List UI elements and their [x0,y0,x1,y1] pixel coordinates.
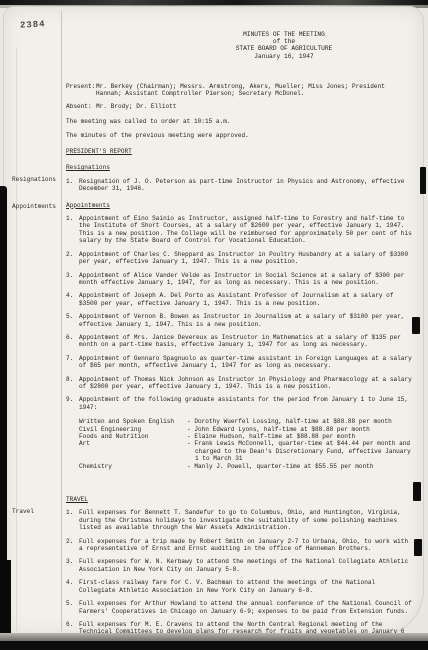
page-number-stamp: 2384 [20,19,46,30]
appointment-item: 7. Appointment of Gennaro Spagnuolo as q… [66,355,414,370]
opening-line-1: The meeting was called to order at 10:15… [66,118,414,125]
item-text: Full expenses for W. N. Kerbawy to atten… [79,558,414,573]
item-text: Full expenses for a trip made by Robert … [79,538,414,553]
document-body: Present: Mr. Berkey (Chairman); Messrs. … [66,83,414,650]
scan-artifact-right-mark [413,482,421,501]
grad-dept: Written and Spoken English [79,418,187,425]
opening-line-2: The minutes of the previous meeting were… [66,132,414,139]
travel-margin-label: Travel [12,508,62,515]
resignation-item: 1. Resignation of J. O. Peterson as part… [66,178,414,193]
item-text: Appointment of Joseph A. Del Porto as As… [79,292,414,307]
document-header: MINUTES OF THE MEETING of the STATE BOAR… [124,31,428,60]
grad-dept: Civil Engineering [79,426,187,433]
item-text: Appointment of Vernon B. Bowen as Instru… [79,313,414,328]
travel-item: 1. Full expenses for Bennett T. Sandefur… [66,509,414,531]
item-text: Appointment of Thomas Nick Johnson as In… [79,376,414,391]
item-number: 2. [66,538,79,553]
item-text: Appointment of Eino Sainio as Instructor… [79,215,414,245]
travel-item: 4. First-class railway fare for C. V. Ba… [66,579,414,594]
scan-artifact-right-mark [412,317,420,334]
item-number: 3. [66,558,79,573]
appointments-section: Appointments Appointments 1. Appointment… [66,202,414,470]
grad-assistant-row: Civil Engineering - John Edward Lyons, h… [79,426,414,433]
grad-dept: Art [79,440,187,462]
travel-heading: TRAVEL [66,496,414,503]
item-number: 6. [66,334,79,349]
scanner-edge-bottom [0,641,428,650]
attendance-present: Present: Mr. Berkey (Chairman); Messrs. … [66,83,414,98]
absent-names: Mr. Brody; Dr. Elliott [96,103,414,110]
item-text: Appointment of the following graduate as… [79,396,414,470]
doc-title-line4: January 16, 1947 [124,53,428,60]
scanned-page: 2384 MINUTES OF THE MEETING of the STATE… [0,0,428,650]
graduate-assistants-table: Written and Spoken English - Dorothy Wue… [79,418,414,470]
item-number: 5. [66,600,79,615]
grad-detail: - Dorothy Wuerfel Lossing, half-time at … [187,418,414,425]
item-number: 7. [66,355,79,370]
grad-detail: - John Edward Lyons, half-time at $88.88… [187,426,414,433]
absent-label: Absent: [66,103,96,110]
scan-artifact-left-bar-lower [0,560,11,641]
grad-detail: - Manly J. Powell, quarter-time at $55.5… [187,463,414,470]
item-text: Appointment of Charles C. Sheppard as In… [79,251,414,266]
appointment-item: 4. Appointment of Joseph A. Del Porto as… [66,292,414,307]
appointments-margin-label: Appointments [12,203,62,210]
grad-assistant-row: Chemistry - Manly J. Powell, quarter-tim… [79,463,414,470]
appointment-item: 1. Appointment of Eino Sainio as Instruc… [66,215,414,245]
doc-title-line1: MINUTES OF THE MEETING [124,31,428,38]
item-text-intro: Appointment of the following graduate as… [79,396,408,410]
grad-dept: Chemistry [79,463,187,470]
grad-assistant-row: Foods and Nutrition - Elaine Hudson, hal… [79,433,414,440]
presidents-report-heading: PRESIDENT'S REPORT [66,148,414,155]
item-number: 1. [66,178,79,193]
present-names: Mr. Berkey (Chairman); Messrs. Armstrong… [96,83,414,98]
item-text: Appointment of Alice Vander Velde as Ins… [79,272,414,287]
item-text: Appointment of Mrs. Janice Devereux as I… [79,334,414,349]
item-number: 3. [66,272,79,287]
grad-detail: - Elaine Hudson, half-time at $88.88 per… [187,433,414,440]
travel-section: TRAVEL Travel 1. Full expenses for Benne… [66,496,414,650]
appointment-item: 8. Appointment of Thomas Nick Johnson as… [66,376,414,391]
item-text: Full expenses for Bennett T. Sandefur to… [79,509,414,531]
attendance-absent: Absent: Mr. Brody; Dr. Elliott [66,103,414,110]
resignations-heading: Resignations [66,164,414,171]
item-number: 4. [66,579,79,594]
item-text: Resignation of J. O. Peterson as part-ti… [79,178,414,193]
item-number: 5. [66,313,79,328]
item-number: 4. [66,292,79,307]
grad-dept: Foods and Nutrition [79,433,187,440]
appointment-item: 3. Appointment of Alice Vander Velde as … [66,272,414,287]
grad-detail: - Frank Lewis McConnell, quarter-time at… [187,440,414,462]
appointments-heading: Appointments [66,202,414,209]
present-label: Present: [66,83,96,98]
scan-artifact-right-mark [414,539,422,556]
appointment-item: 2. Appointment of Charles C. Sheppard as… [66,251,414,266]
item-number: 9. [66,396,79,470]
item-number: 1. [66,509,79,531]
item-number: 1. [66,215,79,245]
appointment-item: 5. Appointment of Vernon B. Bowen as Ins… [66,313,414,328]
appointment-item: 6. Appointment of Mrs. Janice Devereux a… [66,334,414,349]
appointment-item: 9. Appointment of the following graduate… [66,396,414,470]
doc-title-line3: STATE BOARD OF AGRICULTURE [124,45,428,52]
item-number: 8. [66,376,79,391]
item-text: Appointment of Gennaro Spagnuolo as quar… [79,355,414,370]
doc-title-line2: of the [124,38,428,45]
travel-item: 3. Full expenses for W. N. Kerbawy to at… [66,558,414,573]
travel-item: 2. Full expenses for a trip made by Robe… [66,538,414,553]
resignations-margin-label: Resignations [12,176,62,183]
paper-crease [16,47,17,632]
margin-rule-line [61,11,62,631]
item-number: 2. [66,251,79,266]
item-text: First-class railway fare for C. V. Bachm… [79,579,414,594]
grad-assistant-row: Written and Spoken English - Dorothy Wue… [79,418,414,425]
grad-assistant-row: Art - Frank Lewis McConnell, quarter-tim… [79,440,414,462]
travel-item: 5. Full expenses for Arthur Howland to a… [66,600,414,615]
document-paper: 2384 MINUTES OF THE MEETING of the STATE… [4,7,423,636]
scan-artifact-right-mark [420,167,426,194]
resignations-section: Resignations Resignations 1. Resignation… [66,164,414,192]
item-text: Full expenses for Arthur Howland to atte… [79,600,414,615]
scanner-edge-bottom-shadow [0,633,428,641]
